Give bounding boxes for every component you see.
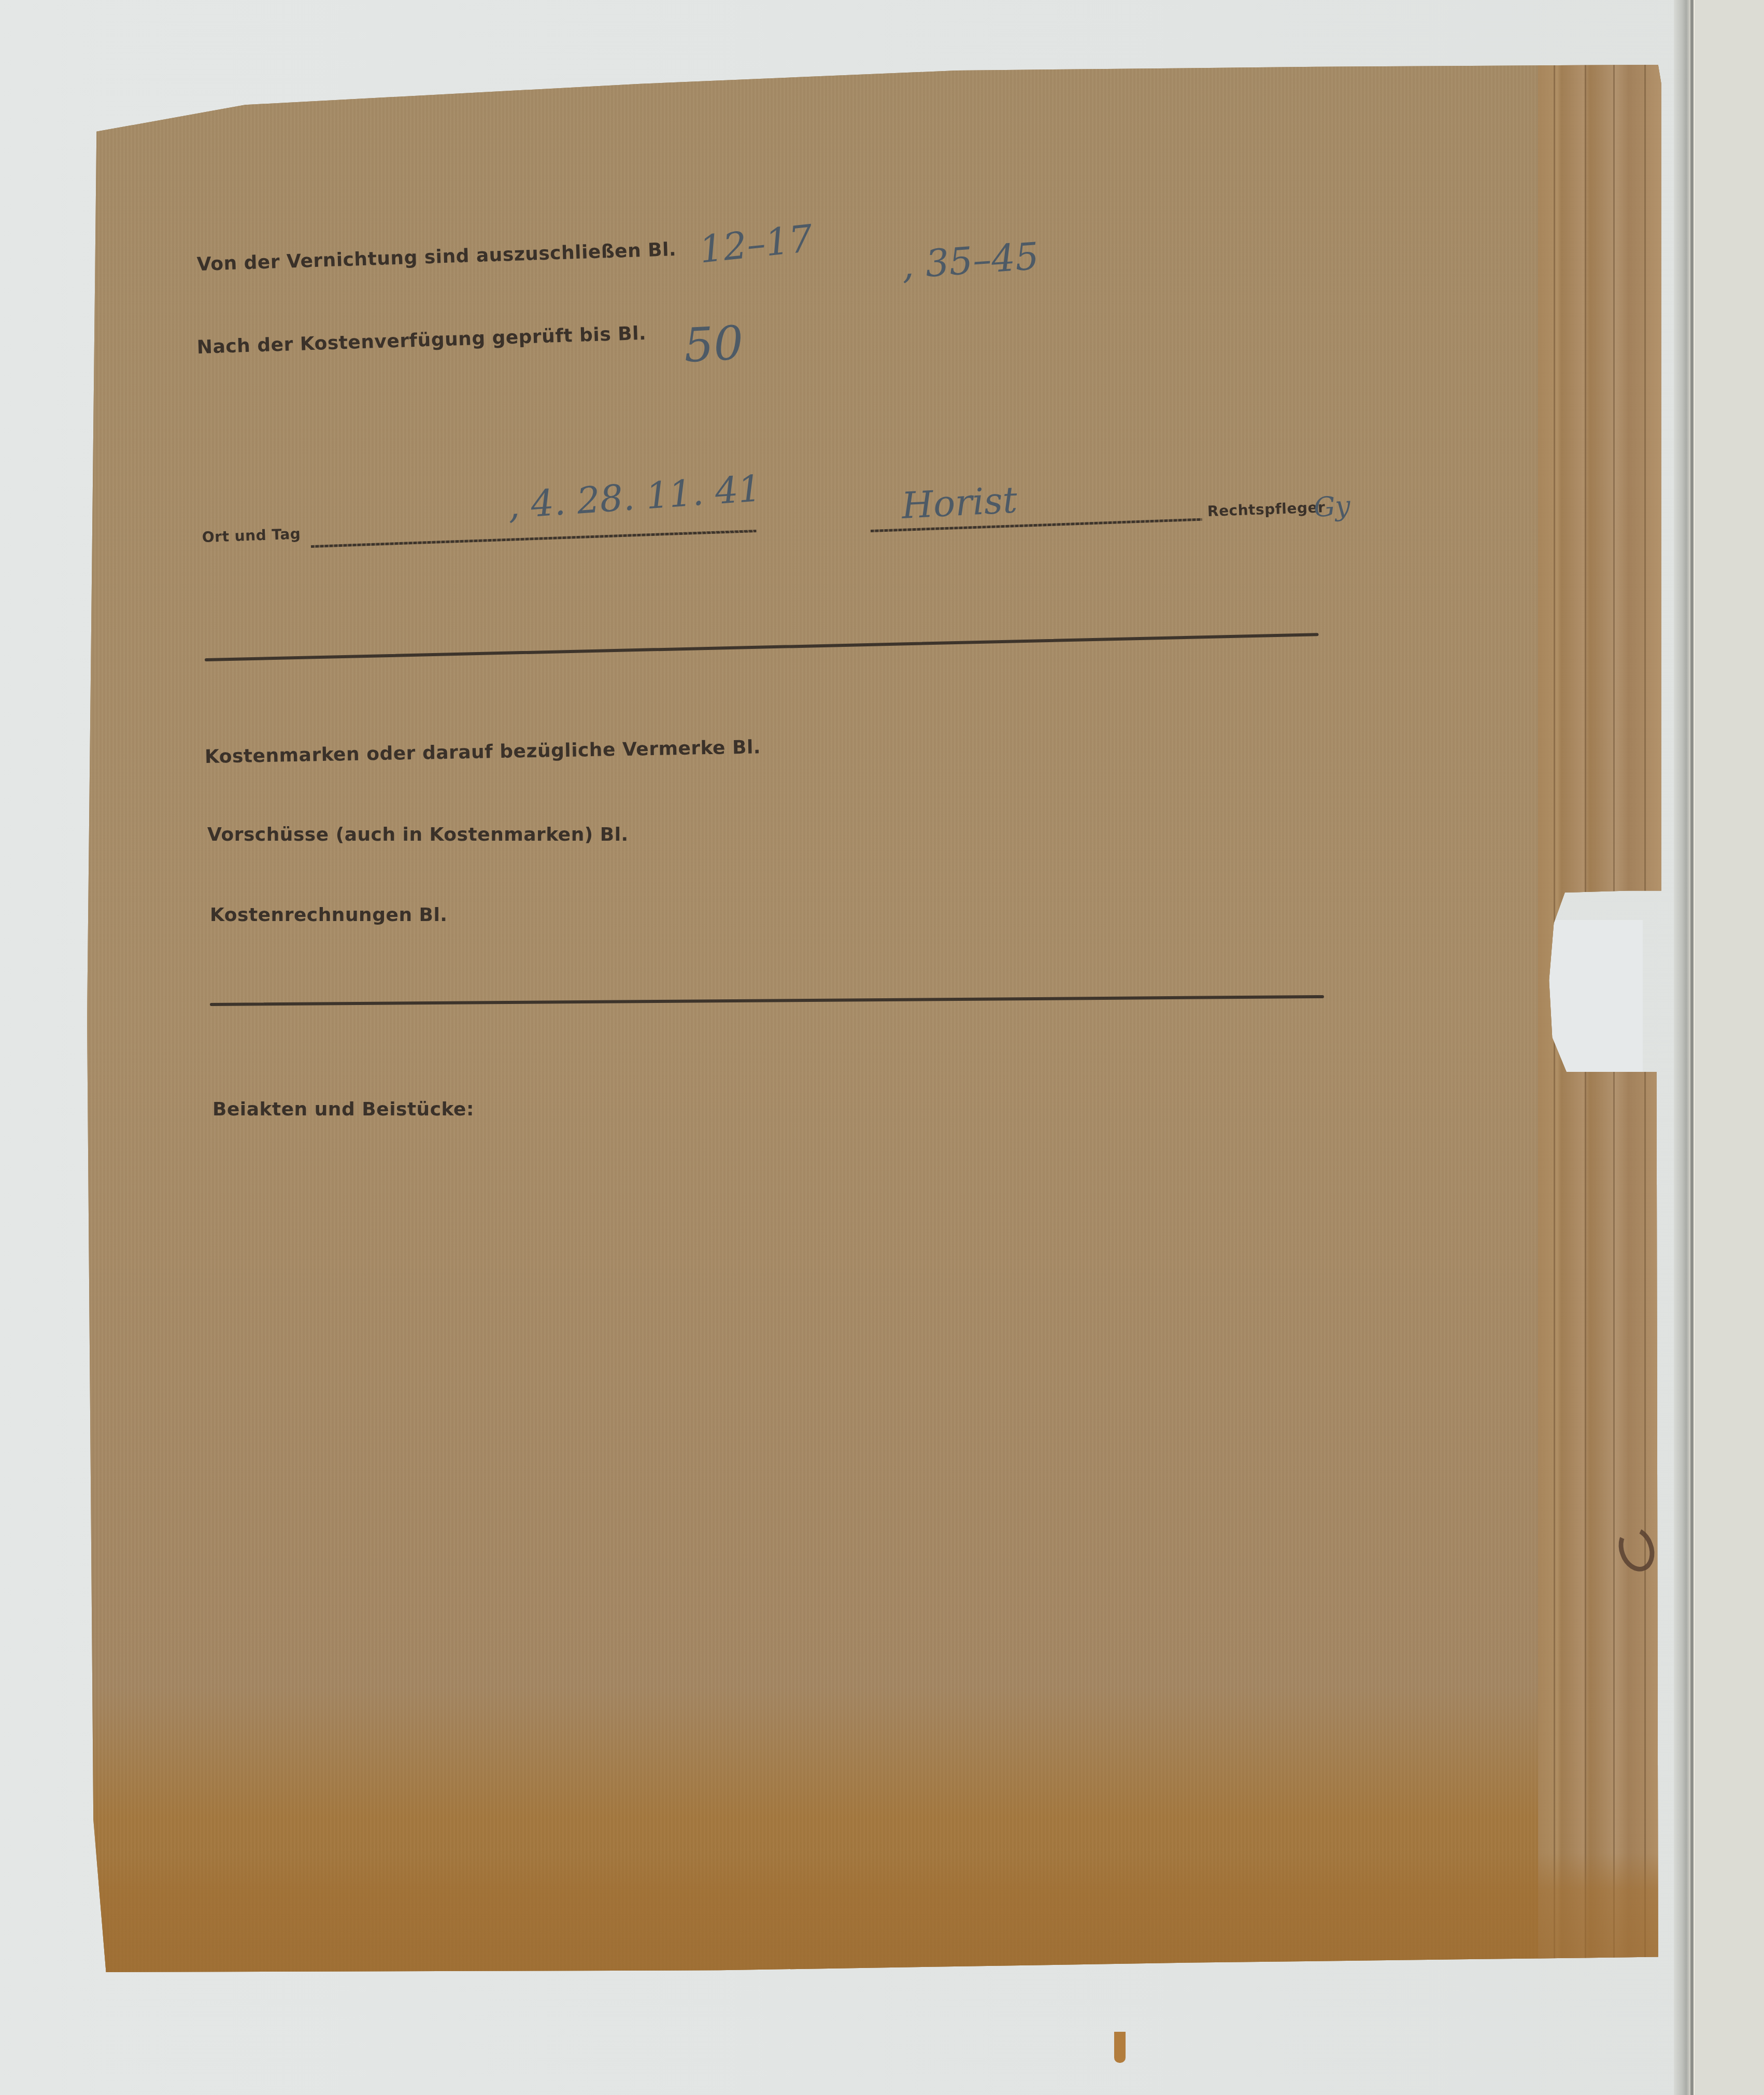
rechtspfleger-signature: Horist [901, 478, 1018, 527]
kostenrechnungen-label: Kostenrechnungen Bl. [210, 904, 448, 926]
bottom-water-stain [87, 1853, 1668, 1972]
paper-tab [1114, 2032, 1126, 2063]
scan-right-margin [1695, 0, 1764, 2095]
rechtspfleger-initials: Gy [1313, 490, 1351, 523]
edge-line [1690, 0, 1694, 2095]
kostenverfuegung-value: 50 [682, 316, 745, 373]
vorschuesse-label: Vorschüsse (auch in Kostenmarken) Bl. [207, 824, 629, 845]
ort-und-tag-label: Ort und Tag [202, 525, 301, 546]
beiakten-label: Beiakten und Beistücke: [212, 1099, 474, 1120]
